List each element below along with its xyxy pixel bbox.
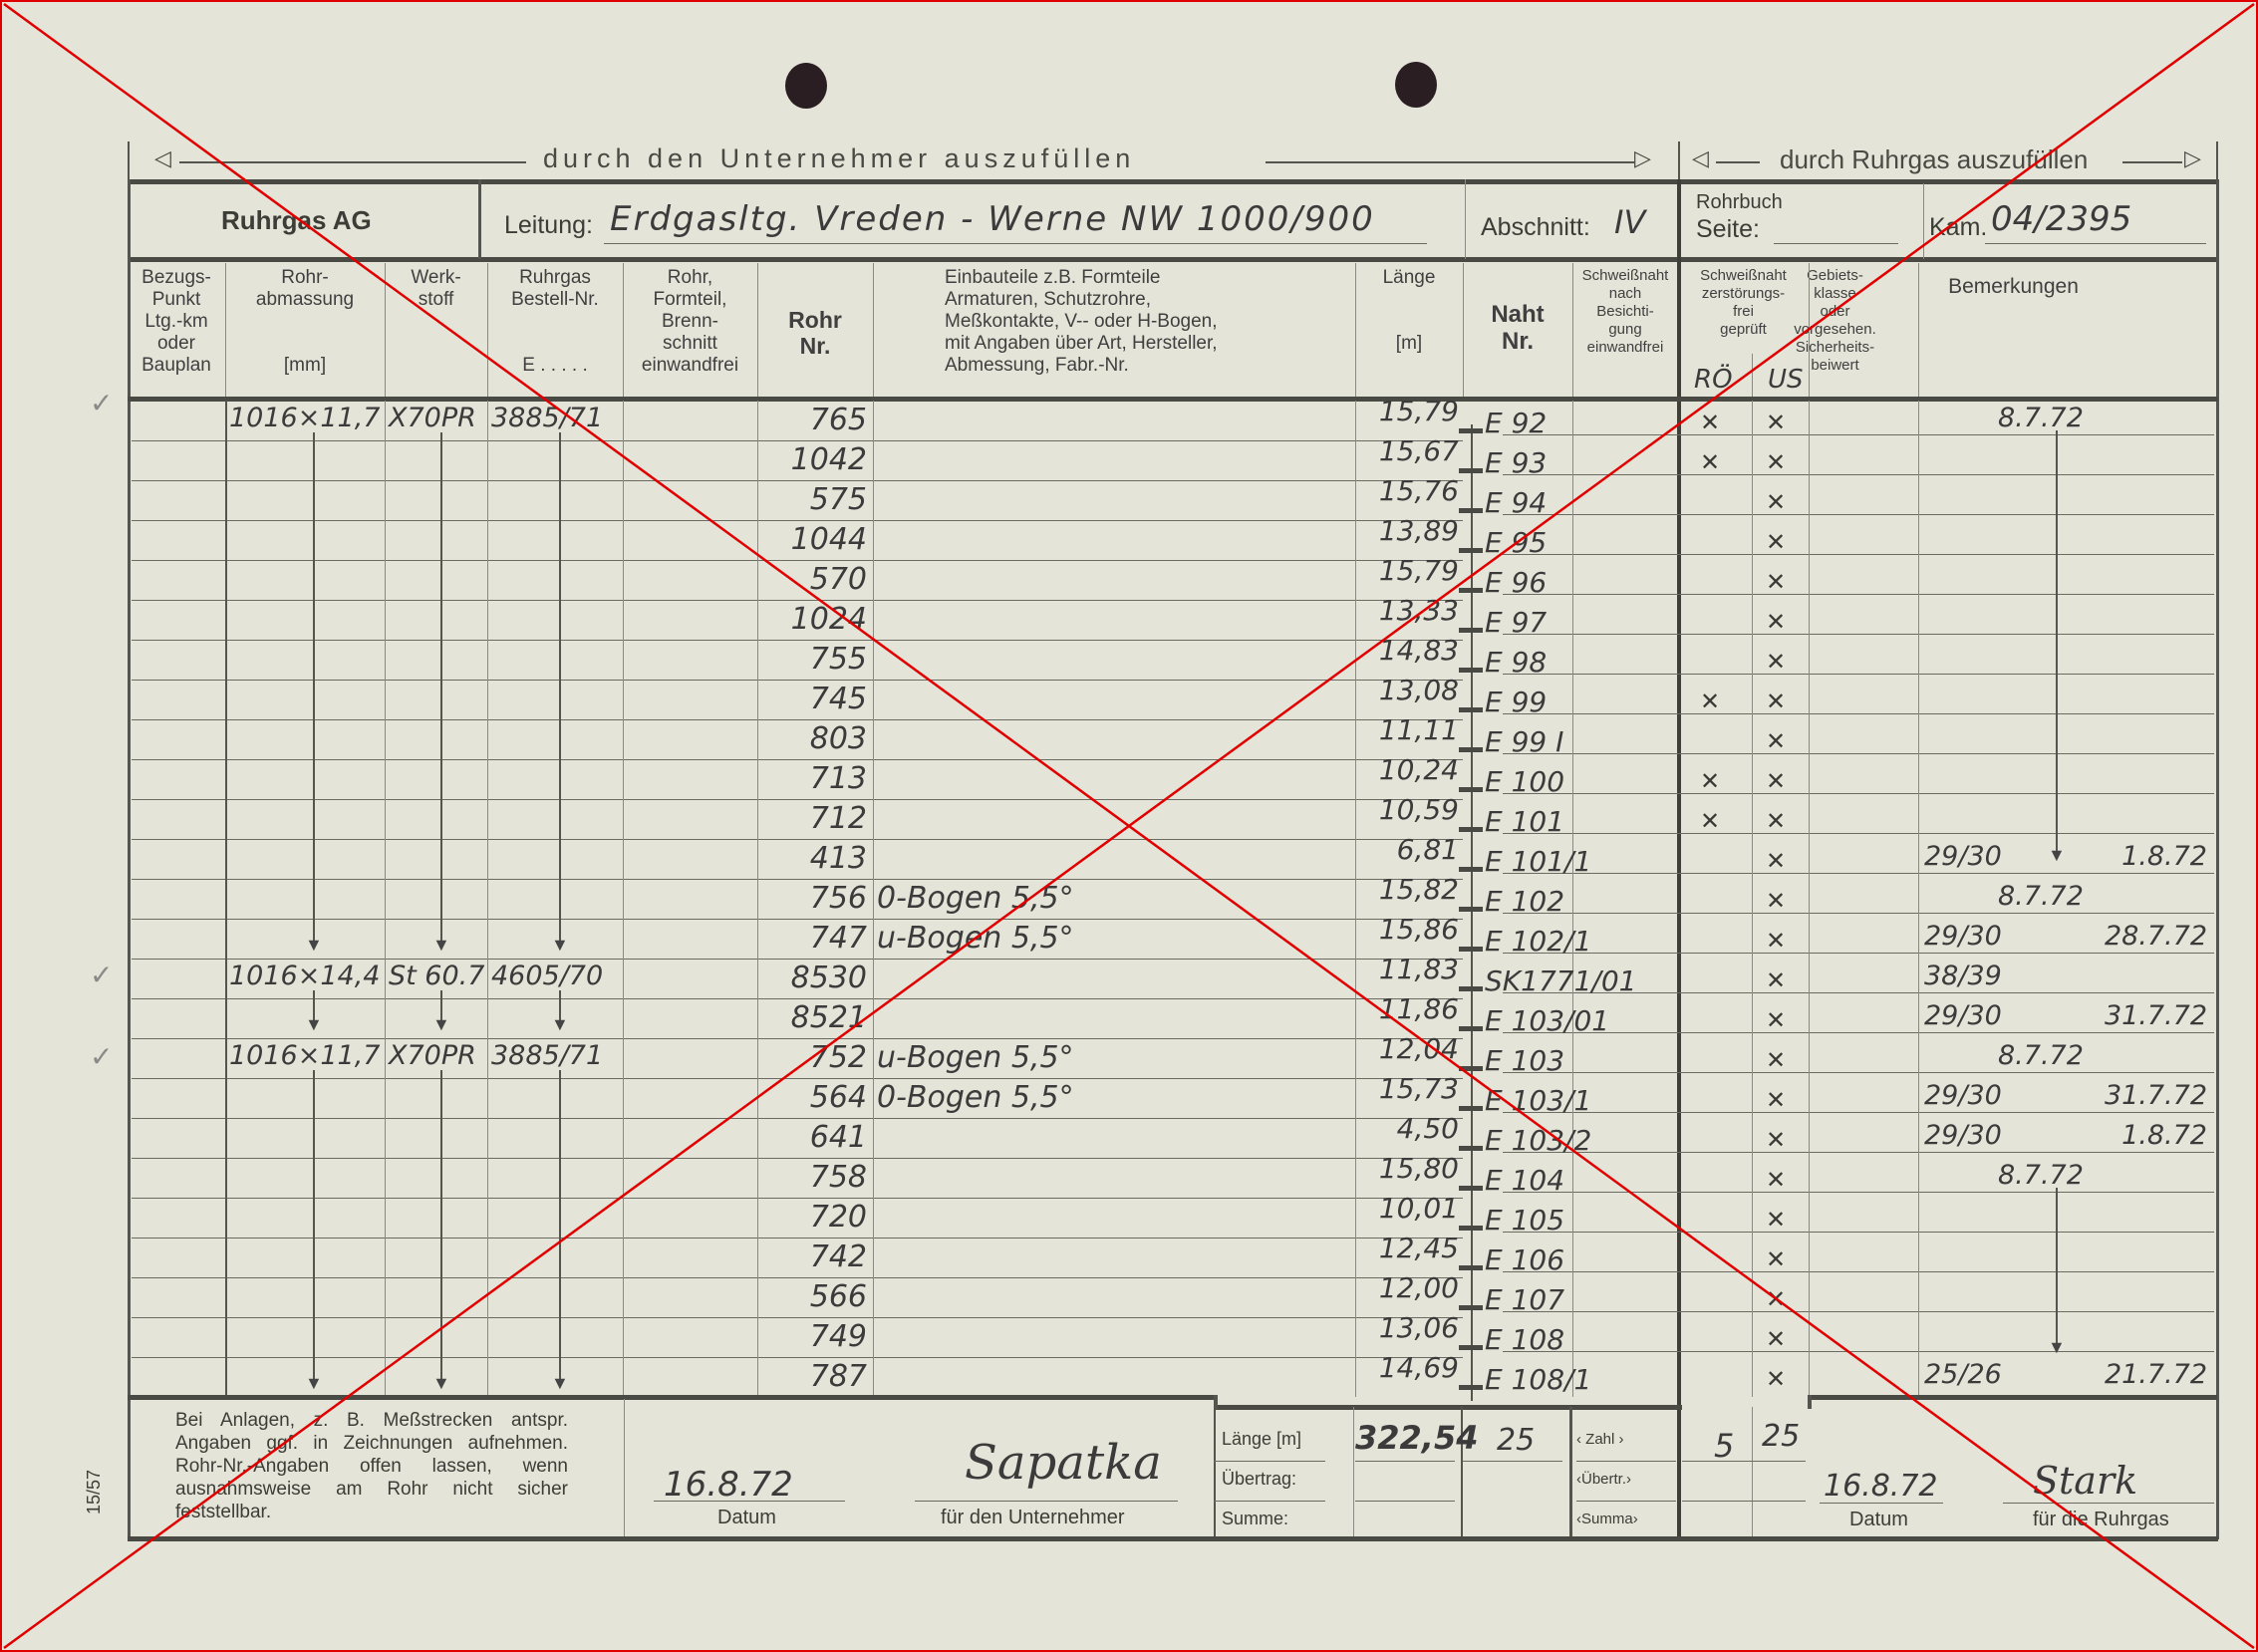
cell-laenge: 12,45 [1355,1232,1459,1264]
cell-naht-nr: E 107 [1485,1283,1564,1316]
weld-seam-tick [1459,468,1483,473]
check-x-icon: ✕ [1766,608,1786,636]
cell-naht-nr: E 93 [1485,446,1547,479]
check-x-icon: ✕ [1766,887,1786,915]
cell-naht-nr: E 96 [1485,566,1547,599]
cell-bemerkung-rohrbuch: 38/39 [1924,961,2002,991]
weld-seam-tick [1459,1345,1483,1350]
ruhrgas-sign-label: für die Ruhrgas [2033,1509,2169,1531]
cell-rohr-nr: 1044 [757,522,867,557]
ditto-arrow-line [313,432,315,949]
us-count: 25 [1762,1419,1800,1454]
arrow-right-icon: ▷ [2184,145,2201,171]
cell-naht-nr: E 105 [1485,1204,1564,1237]
weld-seam-tick [1459,428,1483,433]
weld-seam-tick [1459,986,1483,991]
rohrbuch-label: Rohrbuch [1696,191,1783,214]
weld-seam-tick [1459,1106,1483,1111]
cell-einbauteile: u-Bogen 5,5° [877,1040,1074,1075]
cell-rohr-nr: 713 [757,761,867,796]
arrow-right-icon: › [1614,1431,1623,1448]
cell-laenge: 13,33 [1355,594,1459,627]
check-x-icon: ✕ [1766,1166,1786,1194]
cell-naht-nr: E 103 [1485,1044,1564,1077]
cell-laenge: 12,04 [1355,1032,1459,1065]
ditto-arrow-line [313,1070,315,1387]
cell-rohr-nr: 787 [757,1359,867,1394]
column-header-abmessung: Rohr- abmassung [mm] [227,267,383,377]
cell-naht-nr: E 102 [1485,885,1564,918]
cell-rohr-nr: 803 [757,721,867,756]
weld-seam-tick [1459,508,1483,513]
column-header-laenge: Länge [m] [1357,267,1461,355]
cell-werkstoff: X70PR [389,403,476,433]
cell-bestell-nr: 3885/71 [491,1040,603,1071]
weld-seam-tick [1459,747,1483,752]
check-x-icon: ✕ [1766,409,1786,436]
column-header-rohr_nr: Rohr Nr. [759,307,871,359]
column-header-naht_nr: Naht Nr. [1465,301,1570,355]
ruhrgas-date: 16.8.72 [1824,1469,1938,1504]
cell-rohr-nr: 745 [757,682,867,716]
cell-einbauteile: u-Bogen 5,5° [877,921,1074,956]
weld-seam-tick [1459,1265,1483,1270]
cell-naht-nr: E 103/2 [1485,1124,1591,1157]
weld-seam-tick [1459,1066,1483,1071]
cancellation-border [0,0,2258,1652]
weld-seam-tick [1459,1305,1483,1310]
cell-naht-nr: E 101 [1485,805,1564,838]
company-name: Ruhrgas AG [221,205,372,236]
check-x-icon: ✕ [1766,1006,1786,1034]
cell-naht-nr: E 94 [1485,486,1547,519]
cell-einbauteile: 0-Bogen 5,5° [877,881,1074,916]
cell-rohr-nr: 566 [757,1279,867,1314]
footer-instruction-note: Bei Anlagen, z. B. Meßstrecken antspr. A… [175,1409,568,1523]
summe-label: Summe: [1222,1509,1288,1529]
weld-seam-tick [1459,867,1483,872]
weld-seam-tick [1459,1385,1483,1390]
cell-bemerkung-date: 8.7.72 [1998,1040,2084,1071]
ditto-arrow-line [440,1070,442,1387]
cancellation-cross-mark [0,0,2258,1652]
check-x-icon: ✕ [1766,1126,1786,1154]
arrow-down-icon: ▼ [432,1014,450,1035]
cell-rohr-nr: 1024 [757,602,867,637]
check-x-icon: ✕ [1766,488,1786,516]
cell-naht-nr: E 106 [1485,1243,1564,1276]
cell-rohr-nr: 413 [757,841,867,876]
cell-laenge: 15,67 [1355,434,1459,467]
cell-laenge: 15,76 [1355,474,1459,507]
arrow-left-icon: ◁ [1692,145,1709,171]
cell-naht-nr: E 99 [1485,686,1547,718]
check-x-icon: ✕ [1766,807,1786,835]
cell-rohr-nr: 752 [757,1040,867,1075]
cell-laenge: 14,69 [1355,1351,1459,1384]
contractor-date-label: Datum [717,1507,776,1529]
arrow-down-icon: ▼ [432,935,450,956]
summa-label: ‹Summa› [1576,1511,1638,1527]
cell-laenge: 13,08 [1355,674,1459,706]
arrow-right-icon: › [1626,1471,1631,1488]
cell-bemerkung-date: 31.7.72 [2068,1080,2207,1111]
check-x-icon: ✕ [1766,767,1786,795]
column-header-bestell: Ruhrgas Bestell-Nr. E . . . . . [489,267,621,377]
cell-naht-nr: E 108 [1485,1323,1564,1356]
arrow-down-icon: ▼ [551,1014,569,1035]
cell-bemerkung-date: 1.8.72 [2068,841,2207,872]
arrow-down-icon: ▼ [305,1373,323,1394]
arrow-down-icon: ▼ [2048,1337,2066,1358]
cell-laenge: 15,79 [1355,395,1459,427]
check-x-icon: ✕ [1766,648,1786,676]
cell-bemerkung-date: 8.7.72 [1998,881,2084,912]
cell-rohrabmessung: 1016×11,7 [229,1040,380,1071]
cell-bemerkung-date: 21.7.72 [2068,1359,2207,1390]
cell-laenge: 10,01 [1355,1192,1459,1225]
margin-checkmark: ✓ [90,387,113,419]
cell-rohr-nr: 720 [757,1200,867,1235]
abschnitt-value: IV [1614,203,1645,241]
weld-seam-tick [1459,1146,1483,1151]
cell-rohr-nr: 758 [757,1160,867,1195]
weld-seam-tick [1459,548,1483,553]
check-x-icon: ✕ [1700,807,1720,835]
cell-bemerkung-date: 31.7.72 [2068,1000,2207,1031]
check-x-icon: ✕ [1766,927,1786,955]
cell-laenge: 11,83 [1355,953,1459,985]
cell-naht-nr: E 99 I [1485,725,1563,758]
uebertrag-label: Übertrag: [1222,1469,1296,1490]
check-x-icon: ✕ [1766,688,1786,715]
check-x-icon: ✕ [1766,528,1786,556]
column-header-werkstoff: Werk- stoff [387,267,485,311]
cell-laenge: 4,50 [1355,1112,1459,1145]
cell-naht-nr: E 103/01 [1485,1004,1609,1037]
ruhrgas-date-label: Datum [1849,1509,1908,1531]
weld-seam-tick [1459,707,1483,712]
check-x-icon: ✕ [1766,1325,1786,1353]
check-x-icon: ✕ [1766,1206,1786,1234]
cell-bemerkung-rohrbuch: 29/30 [1924,1000,2002,1031]
cell-bemerkung-rohrbuch: 25/26 [1924,1359,2002,1390]
cell-laenge: 11,86 [1355,992,1459,1025]
column-subheader-rö: RÖ [1694,365,1733,395]
cell-bemerkung-date: 8.7.72 [1998,403,2084,433]
cell-bemerkung-rohrbuch: 29/30 [1924,921,2002,952]
cell-bemerkung-rohrbuch: 29/30 [1924,1080,2002,1111]
column-header-einbauteile: Einbauteile z.B. Formteile Armaturen, Sc… [875,267,1353,377]
scanned-form-page: ◁ durch den Unternehmer auszufüllen ▷ ◁ … [0,0,2258,1652]
column-header-bemerkungen: Bemerkungen [1811,275,2216,299]
cell-laenge: 10,59 [1355,793,1459,826]
cell-laenge: 15,73 [1355,1072,1459,1105]
weld-seam-tick [1459,1186,1483,1191]
weld-seam-tick [1459,947,1483,952]
weld-seam-tick [1459,827,1483,832]
ditto-arrow-line [559,432,561,949]
column-header-besichtigung: Schweißnaht nach Besichti- gung einwandf… [1574,267,1676,357]
cell-rohr-nr: 8530 [757,961,867,995]
cell-rohr-nr: 564 [757,1080,867,1115]
cell-rohrabmessung: 1016×14,4 [229,961,380,991]
ditto-arrow-line [2056,1188,2058,1351]
arrow-down-icon: ▼ [305,1014,323,1035]
laenge-sum-label: Länge [m] [1222,1429,1301,1450]
cell-rohr-nr: 570 [757,562,867,597]
check-x-icon: ✕ [1766,448,1786,476]
check-x-icon: ✕ [1766,1365,1786,1393]
column-header-bezug: Bezugs- Punkt Ltg.-km oder Bauplan [130,267,223,377]
cell-rohr-nr: 755 [757,642,867,677]
check-x-icon: ✕ [1766,568,1786,596]
check-x-icon: ✕ [1766,1285,1786,1313]
arrow-down-icon: ▼ [432,1373,450,1394]
band-ruhrgas-label: durch Ruhrgas auszufüllen [1780,144,2088,175]
cell-bemerkung-date: 28.7.72 [2068,921,2207,952]
check-x-icon: ✕ [1766,1245,1786,1273]
contractor-date: 16.8.72 [664,1465,793,1505]
cell-naht-nr: E 103/1 [1485,1084,1591,1117]
weld-seam-tick [1459,588,1483,593]
cell-rohr-nr: 765 [757,403,867,437]
cell-rohr-nr: 756 [757,881,867,916]
arrow-down-icon: ▼ [305,935,323,956]
cell-laenge: 15,80 [1355,1152,1459,1185]
cell-laenge: 10,24 [1355,753,1459,786]
arrow-right-icon: › [1633,1511,1638,1527]
seite-label: Seite: [1696,215,1760,244]
cell-naht-nr: E 101/1 [1485,845,1591,878]
weld-seam-tick [1459,787,1483,792]
cell-laenge: 15,79 [1355,554,1459,587]
cell-naht-nr: E 100 [1485,765,1564,798]
cell-laenge: 15,82 [1355,873,1459,906]
weld-seam-tick [1459,1026,1483,1031]
cell-naht-nr: E 104 [1485,1164,1564,1197]
cell-rohr-nr: 641 [757,1120,867,1155]
cell-laenge: 12,00 [1355,1271,1459,1304]
band-contractor-label: durch den Unternehmer auszufüllen [543,143,1135,174]
cell-bemerkung-date: 1.8.72 [2068,1120,2207,1151]
cell-werkstoff: X70PR [389,1040,476,1071]
margin-checkmark: ✓ [90,959,113,991]
ditto-arrow-line [559,1070,561,1387]
form-number: 15/57 [84,1470,105,1514]
cell-werkstoff: St 60.7 [389,961,484,991]
cell-naht-nr: E 98 [1485,646,1547,679]
contractor-signature: Sapatka [965,1435,1162,1491]
punch-hole-right [1395,62,1437,108]
check-x-icon: ✕ [1766,1046,1786,1074]
cell-naht-nr: SK1771/01 [1485,964,1636,997]
weld-seam-tick [1459,1226,1483,1231]
arrow-left-icon: ◁ [154,145,171,171]
ruhrgas-signature: Stark [2033,1459,2137,1503]
ro-count: 5 [1714,1427,1734,1465]
cell-laenge: 6,81 [1355,833,1459,866]
arrow-right-icon: ▷ [1634,145,1651,171]
kam-label: Kam. [1929,213,1987,242]
cell-naht-nr: E 92 [1485,407,1547,439]
cell-bemerkung-rohrbuch: 29/30 [1924,1120,2002,1151]
cell-einbauteile: 0-Bogen 5,5° [877,1080,1074,1115]
cell-laenge: 13,89 [1355,514,1459,547]
check-x-icon: ✕ [1700,688,1720,715]
cell-rohr-nr: 1042 [757,442,867,477]
arrow-down-icon: ▼ [551,1373,569,1394]
weld-seam-tick [1459,628,1483,633]
cell-laenge: 11,11 [1355,713,1459,746]
column-header-rohr_formteil: Rohr, Formteil, Brenn- schnitt einwandfr… [625,267,755,377]
cell-rohr-nr: 575 [757,482,867,517]
leitung-value: Erdgasltg. Vreden - Werne NW 1000/900 [610,199,1375,239]
cell-bemerkung-rohrbuch: 29/30 [1924,841,2002,872]
ditto-arrow-line [2056,430,2058,859]
cell-laenge: 13,06 [1355,1311,1459,1344]
arrow-down-icon: ▼ [551,935,569,956]
arrow-left-icon: ‹ [1576,1431,1585,1448]
laenge-total: 322,54 [1355,1419,1459,1457]
check-x-icon: ✕ [1700,767,1720,795]
cell-naht-nr: E 108/1 [1485,1363,1591,1396]
check-x-icon: ✕ [1766,847,1786,875]
cell-laenge: 14,83 [1355,634,1459,667]
weld-seam-tick [1459,907,1483,912]
cell-bestell-nr: 4605/70 [491,961,603,991]
check-x-icon: ✕ [1766,727,1786,755]
cell-rohr-nr: 8521 [757,1000,867,1035]
weld-seam-line [1471,424,1473,1401]
cell-rohrabmessung: 1016×11,7 [229,403,380,433]
leitung-label: Leitung: [504,211,593,240]
cell-rohr-nr: 749 [757,1319,867,1354]
cell-laenge: 15,86 [1355,913,1459,946]
cell-naht-nr: E 102/1 [1485,925,1591,958]
cell-naht-nr: E 95 [1485,526,1547,559]
uebertr-label: ‹Übertr.› [1576,1471,1631,1488]
check-x-icon: ✕ [1700,448,1720,476]
ditto-arrow-line [440,432,442,949]
arrow-down-icon: ▼ [2048,845,2066,866]
cell-rohr-nr: 712 [757,801,867,836]
zahl-label: ‹ Zahl › [1576,1431,1624,1448]
check-x-icon: ✕ [1700,409,1720,436]
margin-checkmark: ✓ [90,1040,113,1073]
contractor-sign-label: für den Unternehmer [941,1507,1125,1529]
punch-hole-left [785,63,827,109]
cell-bestell-nr: 3885/71 [491,403,603,433]
cell-bemerkung-date: 8.7.72 [1998,1160,2084,1191]
zahl-value: 25 [1497,1423,1535,1458]
check-x-icon: ✕ [1766,1086,1786,1114]
cell-naht-nr: E 97 [1485,606,1547,639]
check-x-icon: ✕ [1766,966,1786,994]
abschnitt-label: Abschnitt: [1481,213,1590,242]
kam-value: 04/2395 [1991,199,2131,239]
weld-seam-tick [1459,668,1483,673]
cell-rohr-nr: 742 [757,1239,867,1274]
cell-rohr-nr: 747 [757,921,867,956]
